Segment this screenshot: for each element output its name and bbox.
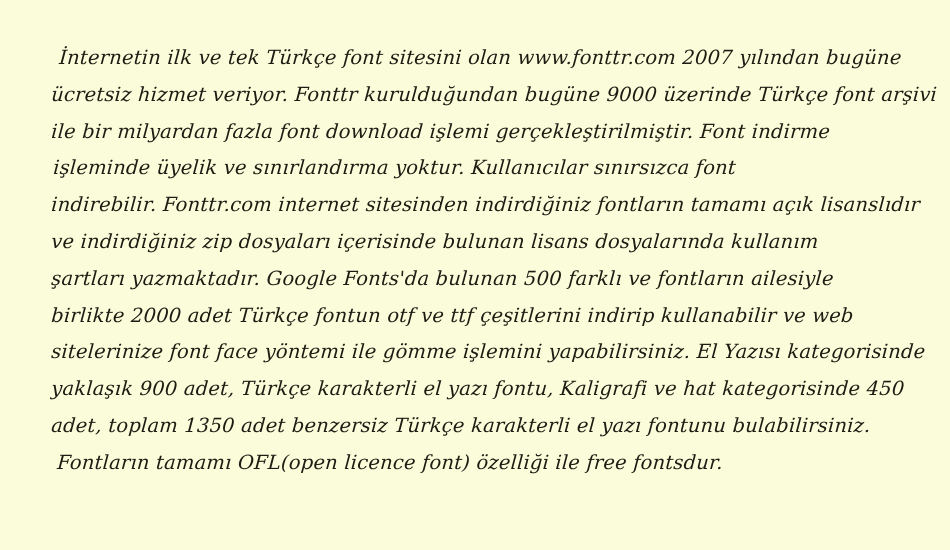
specimen-line: Fontların tamamı OFL(open licence font) …	[50, 445, 923, 482]
specimen-line: ile bir milyardan fazla font download iş…	[50, 114, 923, 151]
specimen-line: işleminde üyelik ve sınırlandırma yoktur…	[50, 150, 923, 187]
specimen-line: İnternetin ilk ve tek Türkçe font sitesi…	[50, 40, 923, 77]
specimen-line: ücretsiz hizmet veriyor. Fonttr kurulduğ…	[50, 77, 923, 114]
specimen-line: yaklaşık 900 adet, Türkçe karakterli el …	[50, 371, 923, 408]
specimen-text-block: İnternetin ilk ve tek Türkçe font sitesi…	[50, 40, 920, 482]
specimen-line: ve indirdiğiniz zip dosyaları içerisinde…	[50, 224, 923, 261]
specimen-line: sitelerinize font face yöntemi ile gömme…	[50, 334, 923, 371]
specimen-line: şartları yazmaktadır. Google Fonts'da bu…	[50, 261, 923, 298]
specimen-line: birlikte 2000 adet Türkçe fontun otf ve …	[50, 298, 923, 335]
font-specimen-page: İnternetin ilk ve tek Türkçe font sitesi…	[0, 0, 950, 550]
specimen-line: adet, toplam 1350 adet benzersiz Türkçe …	[50, 408, 923, 445]
specimen-line: indirebilir. Fonttr.com internet sitesin…	[50, 187, 923, 224]
